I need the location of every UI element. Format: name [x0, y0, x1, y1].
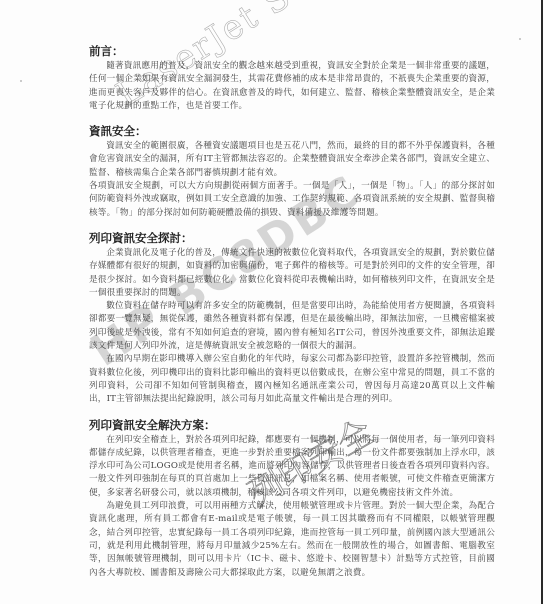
paragraph: 資訊安全的範圍很廣，各種資安議題項目也是五花八門，然而，最終的目的都不外乎保護資…	[89, 140, 495, 180]
paragraph: 隨著資訊應用的普及，資訊安全的觀念越來越受到重視，資訊安全對於企業是一個非常重要…	[89, 60, 495, 113]
scan-speck	[20, 80, 22, 82]
document-page: LaserJet Series PCL6 HP BC8DBC 列印安全 前言： …	[0, 0, 544, 604]
paragraph: 為避免員工列印浪費，可以用兩種方式解決，使用帳號管理或卡片管理。對於一個大型企業…	[89, 500, 495, 580]
paragraph: 各項資訊安全規劃，可以大方向規劃從兩個方面著手。一個是「人」，一個是「物」。「人…	[89, 180, 495, 220]
document-body: 前言： 隨著資訊應用的普及，資訊安全的觀念越來越受到重視，資訊安全對於企業是一個…	[89, 44, 495, 591]
paragraph: 企業資訊化及電子化的普及，傳統文件快速的被數位化資料取代，各項資訊安全的規劃，對…	[89, 247, 495, 300]
section-heading: 前言：	[89, 44, 495, 59]
paragraph: 在國內早期在影印機導入辦公室自動化的年代時，每家公司都為影印控管，設置許多控管機…	[89, 353, 495, 406]
scan-speck	[519, 38, 521, 40]
section-information-security: 資訊安全： 資訊安全的範圍很廣，各種資安議題項目也是五花八門，然而，最終的目的都…	[89, 124, 495, 220]
paragraph: 在列印安全稽查上，對於各項列印紀錄，都應要有一個機制，可以將每一個使用者，每一筆…	[89, 434, 495, 500]
page-edge-border	[541, 0, 543, 604]
section-heading: 列印資訊安全解決方案：	[89, 418, 495, 433]
paragraph: 數位資料在儲存時可以有許多安全的防範機制，但是當要印出時，為能給使用者方便閱讀，…	[89, 300, 495, 353]
section-heading: 資訊安全：	[89, 124, 495, 139]
section-heading: 列印資訊安全探討：	[89, 231, 495, 246]
section-print-security-solution: 列印資訊安全解決方案： 在列印安全稽查上，對於各項列印紀錄，都應要有一個機制，可…	[89, 418, 495, 580]
section-print-security-discussion: 列印資訊安全探討： 企業資訊化及電子化的普及，傳統文件快速的被數位化資料取代，各…	[89, 231, 495, 407]
section-preface: 前言： 隨著資訊應用的普及，資訊安全的觀念越來越受到重視，資訊安全對於企業是一個…	[89, 44, 495, 113]
